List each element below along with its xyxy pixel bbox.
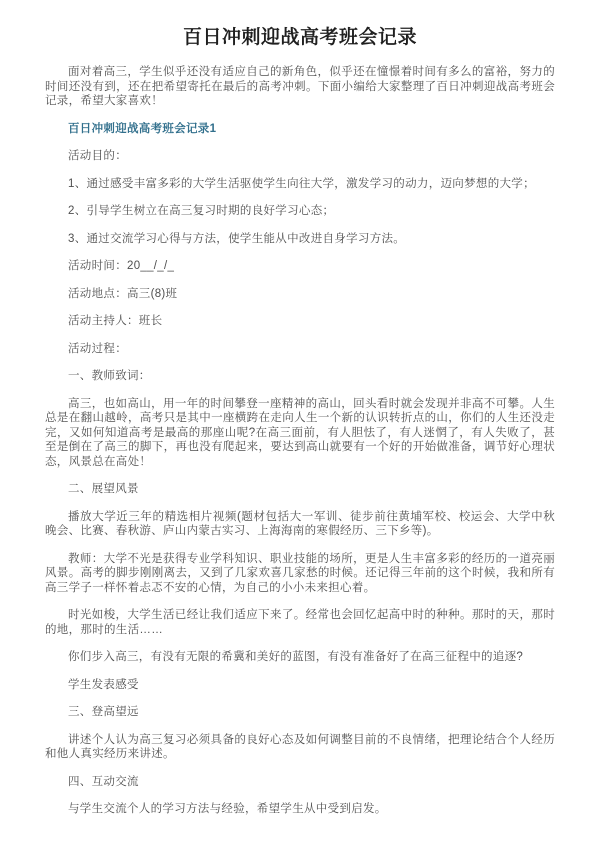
section-4-paragraph: 与学生交流个人的学习方法与经验，希望学生从中受到启发。 [45, 802, 555, 817]
activity-location: 活动地点：高三(8)班 [45, 287, 555, 302]
intro-paragraph: 面对着高三，学生似乎还没有适应自己的新角色，似乎还在憧憬着时间有多么的富裕，努力… [45, 65, 555, 109]
section-2-paragraph-5: 学生发表感受 [45, 678, 555, 693]
section-1-paragraph: 高三，也如高山，用一年的时间攀登一座精神的高山，回头看时就会发现并非高不可攀。人… [45, 397, 555, 470]
purpose-item-3: 3、通过交流学习心得与方法，使学生能从中改进自身学习方法。 [45, 232, 555, 247]
section-2-paragraph-2: 教师：大学不光是获得专业学科知识、职业技能的场所，更是人生丰富多彩的经历的一道亮… [45, 552, 555, 596]
purpose-label: 活动目的： [45, 149, 555, 164]
section-3-paragraph: 讲述个人认为高三复习必须具备的良好心态及如何调整目前的不良情绪，把理论结合个人经… [45, 733, 555, 762]
activity-time: 活动时间：20__/_/_ [45, 259, 555, 274]
activity-host: 活动主持人：班长 [45, 314, 555, 329]
section-2-heading: 二、展望风景 [45, 482, 555, 497]
page-title: 百日冲刺迎战高考班会记录 [45, 26, 555, 49]
section-4-heading: 四、互动交流 [45, 775, 555, 790]
section-2-paragraph-1: 播放大学近三年的精选相片视频(题材包括大一军训、徒步前往黄埔军校、校运会、大学中… [45, 510, 555, 539]
section-1-heading: 一、教师致词： [45, 369, 555, 384]
document-page: 百日冲刺迎战高考班会记录 面对着高三，学生似乎还没有适应自己的新角色，似乎还在憧… [0, 0, 600, 849]
section-2-paragraph-3: 时光如梭，大学生活已经让我们适应下来了。经常也会回忆起高中时的种种。那时的天，那… [45, 608, 555, 637]
process-label: 活动过程： [45, 342, 555, 357]
purpose-item-2: 2、引导学生树立在高三复习时期的良好学习心态； [45, 204, 555, 219]
section-3-heading: 三、登高望远 [45, 705, 555, 720]
section-2-paragraph-4: 你们步入高三，有没有无限的希冀和美好的蓝图，有没有准备好了在高三征程中的追逐? [45, 650, 555, 665]
record-subtitle: 百日冲刺迎战高考班会记录1 [45, 122, 555, 137]
purpose-item-1: 1、通过感受丰富多彩的大学生活驱使学生向往大学，激发学习的动力，迈向梦想的大学； [45, 177, 555, 192]
